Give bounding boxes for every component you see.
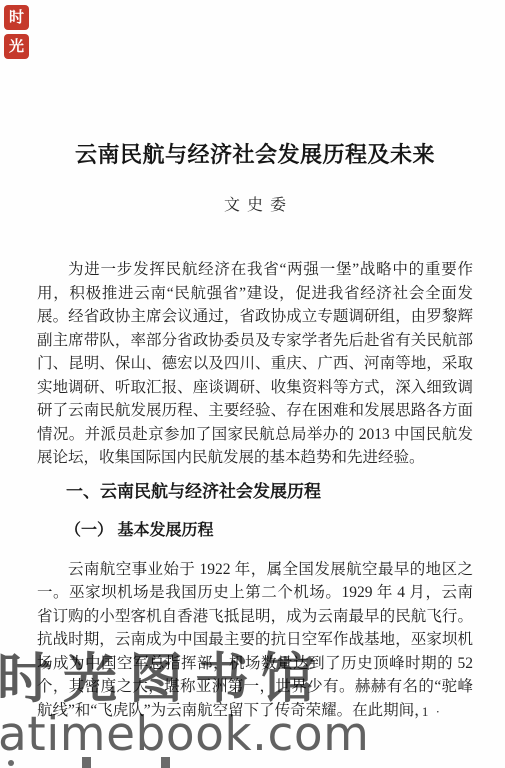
document-author: 文史委 xyxy=(37,195,473,217)
intro-paragraph: 为进一步发挥民航经济在我省“两强一堡”战略中的重要作用，积极推进云南“民航强省”… xyxy=(37,258,473,470)
document-title: 云南民航与经济社会发展历程及未来 xyxy=(37,141,473,169)
site-watermark: atimebook.com xyxy=(0,709,369,761)
library-seal: 时 光 xyxy=(4,5,29,59)
page-number: · 1 · xyxy=(410,704,442,720)
subsection-heading: （一） 基本发展历程 xyxy=(37,519,473,542)
page-content: 云南民航与经济社会发展历程及未来 文史委 为进一步发挥民航经济在我省“两强一堡”… xyxy=(37,0,473,722)
scan-speck xyxy=(161,757,170,768)
scan-speck xyxy=(82,757,91,768)
scan-speck xyxy=(8,760,14,766)
seal-top-block: 时 xyxy=(4,5,29,30)
library-watermark: 时光图书馆 xyxy=(0,651,327,707)
section-heading: 一、云南民航与经济社会发展历程 xyxy=(37,479,473,505)
scanned-book-page: 时 光 云南民航与经济社会发展历程及未来 文史委 为进一步发挥民航经济在我省“两… xyxy=(0,0,505,768)
seal-bottom-block: 光 xyxy=(4,34,29,59)
